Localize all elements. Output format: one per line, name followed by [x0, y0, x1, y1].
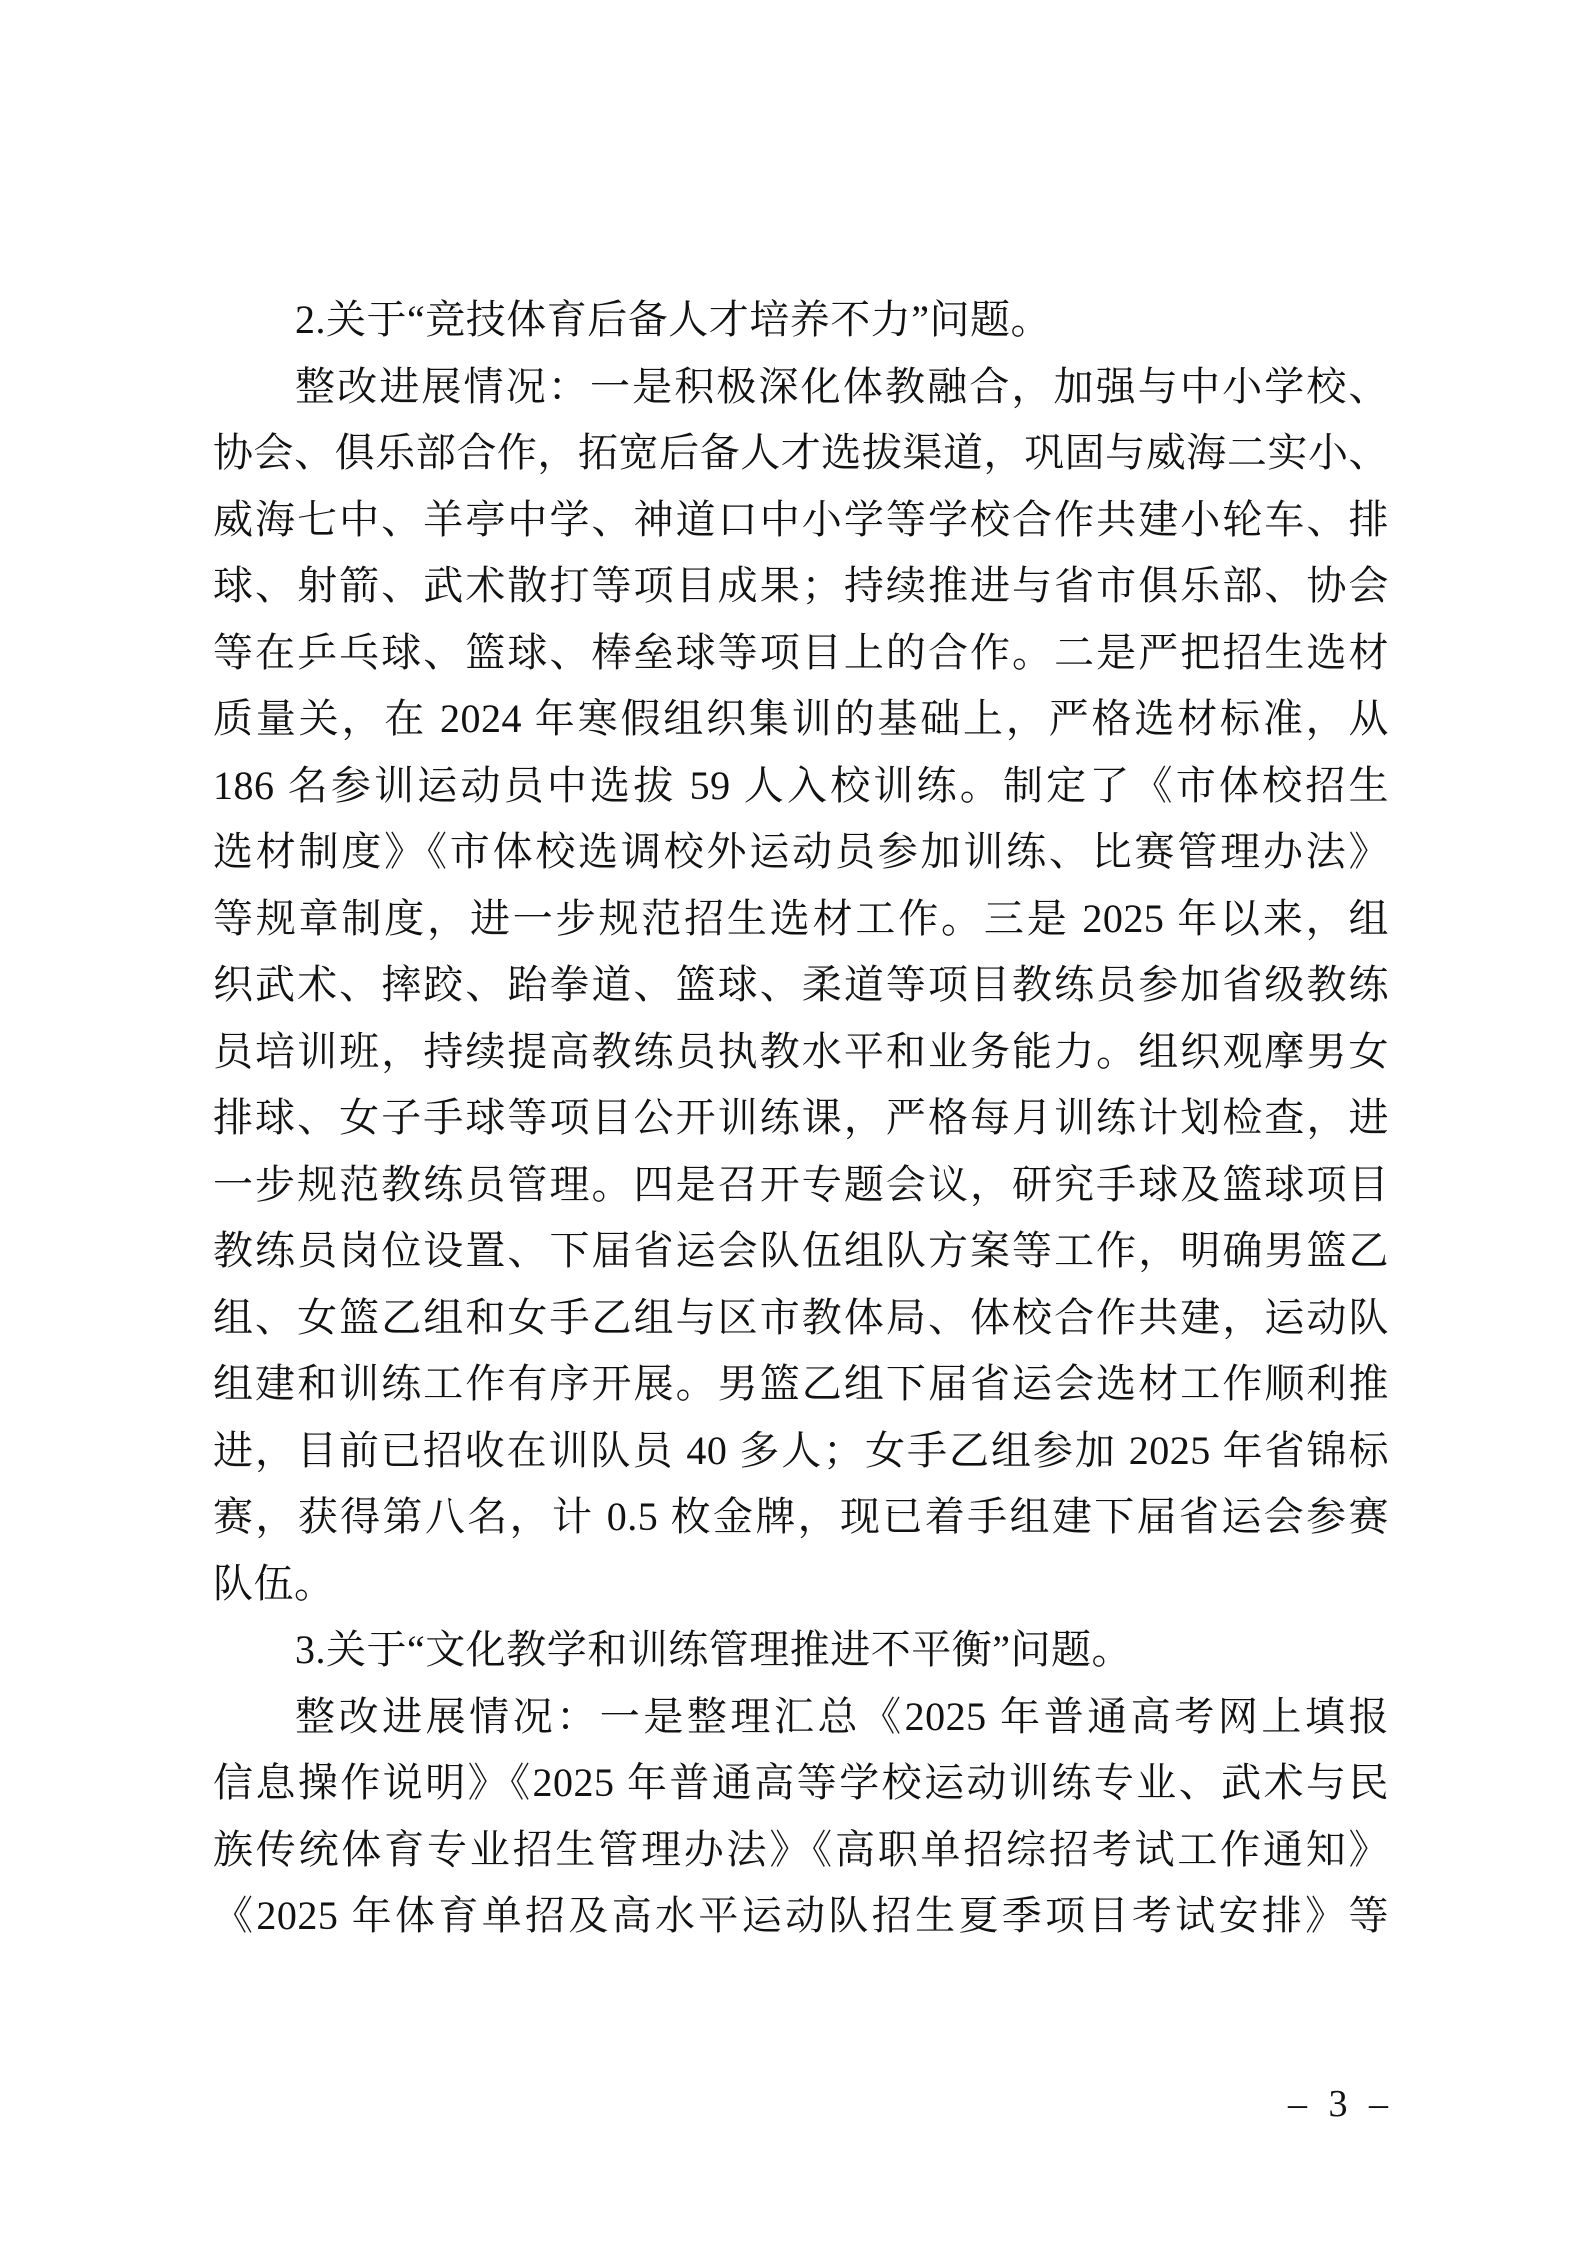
document-page: 2.关于“竞技体育后备人才培养不力”问题。整改进展情况：一是积极深化体教融合，加…: [0, 0, 1587, 2245]
text-line: 赛，获得第八名，计 0.5 枚金牌，现已着手组建下届省运会参赛: [213, 1484, 1389, 1551]
text-line: 球、射箭、武术散打等项目成果；持续推进与省市俱乐部、协会: [213, 553, 1389, 620]
text-line: 进，目前已招收在训队员 40 多人；女手乙组参加 2025 年省锦标: [213, 1418, 1389, 1485]
text-line: 队伍。: [213, 1551, 1389, 1618]
text-line: 整改进展情况：一是整理汇总《2025 年普通高考网上填报: [213, 1684, 1389, 1751]
text-line: 协会、俱乐部合作，拓宽后备人才选拔渠道，巩固与威海二实小、: [213, 420, 1389, 487]
text-line: 等规章制度，进一步规范招生选材工作。三是 2025 年以来，组: [213, 886, 1389, 953]
text-line: 质量关，在 2024 年寒假组织集训的基础上，严格选材标准，从: [213, 686, 1389, 753]
text-line: 威海七中、羊亭中学、神道口中小学等学校合作共建小轮车、排: [213, 487, 1389, 554]
text-line: 等在乒乓球、篮球、棒垒球等项目上的合作。二是严把招生选材: [213, 620, 1389, 687]
text-line: 教练员岗位设置、下届省运会队伍组队方案等工作，明确男篮乙: [213, 1218, 1389, 1285]
text-line: 一步规范教练员管理。四是召开专题会议，研究手球及篮球项目: [213, 1152, 1389, 1219]
text-line: 组建和训练工作有序开展。男篮乙组下届省运会选材工作顺利推: [213, 1351, 1389, 1418]
text-line: 186 名参训运动员中选拔 59 人入校训练。制定了《市体校招生: [213, 753, 1389, 820]
text-line: 3.关于“文化教学和训练管理推进不平衡”问题。: [213, 1617, 1389, 1684]
page-number: – 3 –: [1288, 2082, 1394, 2126]
text-line: 整改进展情况：一是积极深化体教融合，加强与中小学校、: [213, 354, 1389, 421]
text-line: 《2025 年体育单招及高水平运动队招生夏季项目考试安排》等: [213, 1883, 1389, 1950]
text-line: 选材制度》《市体校选调校外运动员参加训练、比赛管理办法》: [213, 819, 1389, 886]
text-line: 信息操作说明》《2025 年普通高等学校运动训练专业、武术与民: [213, 1750, 1389, 1817]
text-line: 2.关于“竞技体育后备人才培养不力”问题。: [213, 287, 1389, 354]
text-line: 织武术、摔跤、跆拳道、篮球、柔道等项目教练员参加省级教练: [213, 952, 1389, 1019]
text-line: 排球、女子手球等项目公开训练课，严格每月训练计划检查，进: [213, 1085, 1389, 1152]
text-line: 族传统体育专业招生管理办法》《高职单招综招考试工作通知》: [213, 1817, 1389, 1884]
document-body: 2.关于“竞技体育后备人才培养不力”问题。整改进展情况：一是积极深化体教融合，加…: [213, 287, 1389, 1950]
text-line: 员培训班，持续提高教练员执教水平和业务能力。组织观摩男女: [213, 1019, 1389, 1086]
text-line: 组、女篮乙组和女手乙组与区市教体局、体校合作共建，运动队: [213, 1285, 1389, 1352]
